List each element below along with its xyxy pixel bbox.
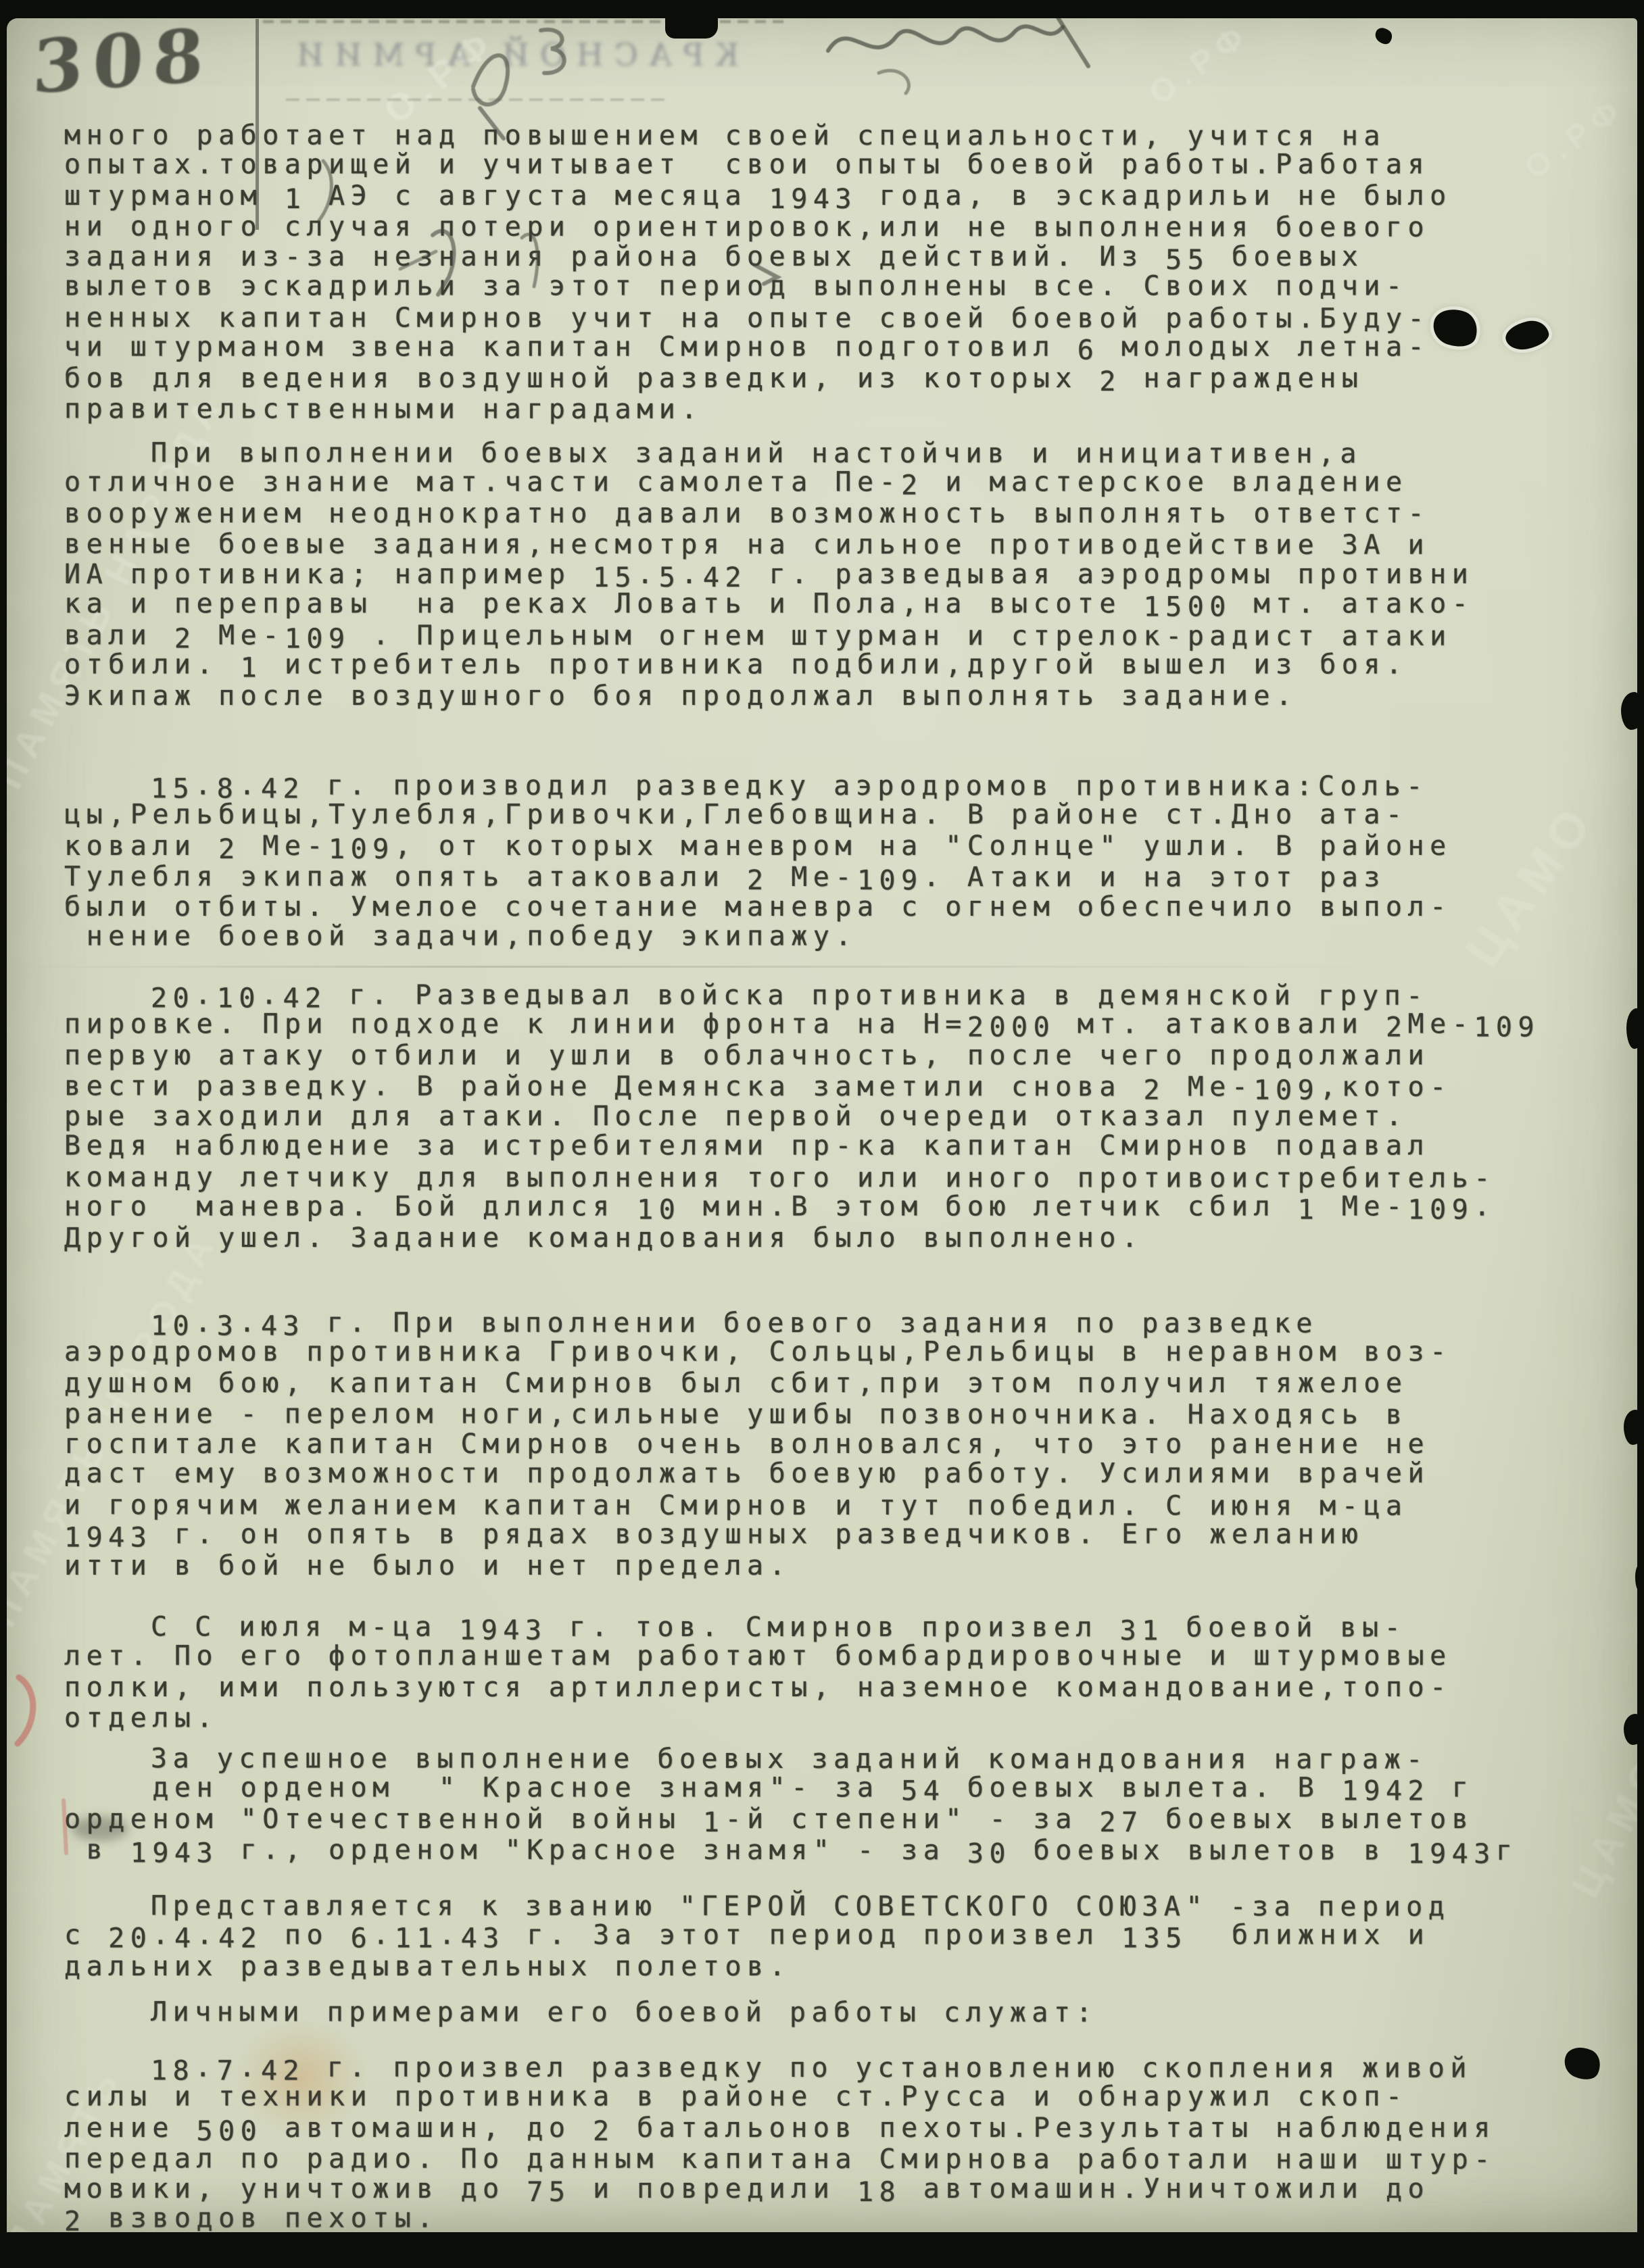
typewritten-line: с 20.4.42 по 6.11.43 г. За этот период п… [64, 1921, 1578, 1951]
typewritten-line: Представляется к званию "ГЕРОЙ СОВЕТСКОГ… [64, 1891, 1578, 1923]
scan-border-bottom [0, 2232, 1644, 2268]
typewritten-line: и горячим желанием капитан Смирнов и тут… [64, 1490, 1578, 1522]
typewritten-line: вести разведку. В районе Демянска замети… [64, 1071, 1578, 1103]
typewritten-line: вали 2 Ме-109 . Прицельным огнем штурман… [64, 620, 1578, 652]
typewritten-line: ИА противника; например 15.5.42 г. разве… [64, 560, 1578, 590]
typewritten-line: мовики, уничтожив до 75 и повредили 18 а… [64, 2174, 1578, 2204]
typewritten-line: штурманом 1 АЭ с августа месяца 1943 год… [64, 181, 1578, 212]
typewritten-line: душном бою, капитан Смирнов был сбит,при… [64, 1369, 1578, 1399]
typewritten-line: отделы. [64, 1703, 1578, 1735]
typewritten-line: Личными примерами его боевой работы служ… [64, 1997, 1578, 2029]
typewritten-line: При выполнении боевых заданий настойчив … [64, 438, 1578, 470]
typewritten-line: передал по радио. По данным капитана Сми… [64, 2144, 1578, 2175]
typewritten-line: ранение - перелом ноги,сильные ушибы поз… [64, 1399, 1578, 1431]
typewritten-line: ка и переправы на реках Ловать и Пола,на… [64, 589, 1578, 620]
typewritten-line: отбили. 1 истребитель противника подбили… [64, 650, 1578, 681]
paragraph: Представляется к званию "ГЕРОЙ СОВЕТСКОГ… [64, 1891, 1578, 1982]
paragraph: Личными примерами его боевой работы служ… [64, 1997, 1578, 2027]
typewritten-line: ного маневра. Бой длился 10 мин.В этом б… [64, 1192, 1578, 1223]
typewritten-line: полки, ими пользуются артиллеристы, назе… [64, 1673, 1578, 1703]
typewritten-line: ление 500 автомашин, до 2 батальонов пех… [64, 2113, 1578, 2144]
typewritten-line: нение боевой задачи,победу экипажу. [64, 922, 1578, 952]
typewritten-line: итти в бой не было и нет предела. [64, 1551, 1578, 1581]
typewritten-line: рые заходили для атаки. После первой оче… [64, 1102, 1578, 1132]
typewritten-line: 2 взводов пехоты. [64, 2204, 1578, 2234]
scan-border-notch [665, 18, 718, 39]
typewritten-line: опытах.товарищей и учитывает свои опыты … [64, 150, 1578, 180]
typewritten-line: Другой ушел. Задание командования было в… [64, 1223, 1578, 1254]
typewritten-line: цы,Рельбицы,Тулебля,Гривочки,Глебовщина.… [64, 800, 1578, 831]
typewritten-line: венные боевые задания,несмотря на сильно… [64, 529, 1578, 561]
typewritten-line: Тулебля экипаж опять атаковали 2 Ме-109.… [64, 862, 1578, 893]
typewritten-line: 15.8.42 г. производил разведку аэродромо… [64, 770, 1578, 802]
typewritten-line: Ведя наблюдение за истребителями пр-ка к… [64, 1131, 1578, 1162]
archive-watermark: О.РФ [1142, 14, 1258, 112]
paragraph: При выполнении боевых заданий настойчив … [64, 438, 1578, 712]
typewritten-line: дальних разведывательных полетов. [64, 1952, 1578, 1982]
stamp-rule [286, 99, 664, 101]
typewritten-text: много работает над повышением своей спец… [64, 120, 1578, 2235]
typewritten-line: 18.7.42 г. произвел разведку по установл… [64, 2052, 1578, 2084]
typewritten-line: правительственными наградами. [64, 394, 1578, 426]
scan-border-left [0, 0, 7, 2268]
typewritten-line: отличное знание мат.части самолета Пе-2 … [64, 468, 1578, 498]
typewritten-line: За успешное выполнение боевых заданий ко… [64, 1744, 1578, 1775]
scan-border-right [1637, 0, 1644, 2268]
typewritten-line: вооружением неоднократно давали возможно… [64, 499, 1578, 529]
typewritten-line: бов для ведения воздушной разведки, из к… [64, 364, 1578, 394]
typewritten-line: пировке. При подходе к линии фронта на Н… [64, 1010, 1578, 1040]
paragraph: С С июля м-ца 1943 г. тов. Смирнов произ… [64, 1612, 1578, 1733]
mirrored-stamp-text: КРАСНОЙ АРМИИ [286, 36, 739, 73]
page-number-stamp: 308 [31, 12, 214, 110]
typewritten-line: задания из-за незнания района боевых дей… [64, 242, 1578, 272]
paragraph: За успешное выполнение боевых заданий ко… [64, 1744, 1578, 1865]
typewritten-line: ненных капитан Смирнов учит на опыте сво… [64, 303, 1578, 335]
typewritten-line: ден орденом " Красное знамя"- за 54 боев… [64, 1773, 1578, 1804]
typewritten-line: вылетов эскадрильи за этот период выполн… [64, 272, 1578, 302]
paragraph: 10.3.43 г. При выполнении боевого задани… [64, 1308, 1578, 1581]
typewritten-line: силы и техники противника в районе ст.Ру… [64, 2082, 1578, 2113]
paragraph: много работает над повышением своей спец… [64, 120, 1578, 424]
typewritten-line: аэродромов противника Гривочки, Сольцы,Р… [64, 1337, 1578, 1368]
typewritten-line: госпитале капитан Смирнов очень волновал… [64, 1429, 1578, 1460]
typewritten-line: 1943 г. он опять в рядах воздушных разве… [64, 1520, 1578, 1550]
typewritten-line: даст ему возможности продолжать боевую р… [64, 1459, 1578, 1489]
typewritten-line: чи штурманом звена капитан Смирнов подго… [64, 332, 1578, 363]
typewritten-line: команду летчику для выполнения того или … [64, 1162, 1578, 1194]
typewritten-line: ковали 2 Ме-109, от которых маневром на … [64, 831, 1578, 862]
typewritten-line: ни одного случая потери ориентировок,или… [64, 212, 1578, 243]
typewritten-line: лет. По его фотопланшетам работают бомба… [64, 1642, 1578, 1672]
scan-border-top [0, 0, 1644, 18]
paragraph: 20.10.42 г. Разведывал войска противника… [64, 980, 1578, 1254]
typewritten-line: были отбиты. Умелое сочетание маневра с … [64, 892, 1578, 922]
typewritten-line: в 1943 г., орденом "Красное знамя" - за … [64, 1835, 1578, 1867]
typewritten-line: первую атаку отбили и ушли в облачность,… [64, 1041, 1578, 1071]
typewritten-line: Экипаж после воздушного боя продолжал вы… [64, 681, 1578, 712]
typewritten-line: много работает над повышением своей спец… [64, 120, 1578, 152]
typewritten-line: орденом "Отечественной войны 1-й степени… [64, 1804, 1578, 1835]
paragraph: 15.8.42 г. производил разведку аэродромо… [64, 770, 1578, 953]
typewritten-line: 20.10.42 г. Разведывал войска противника… [64, 980, 1578, 1012]
typewritten-line: 10.3.43 г. При выполнении боевого задани… [64, 1308, 1578, 1339]
typewritten-line: С С июля м-ца 1943 г. тов. Смирнов произ… [64, 1612, 1578, 1644]
paragraph: 18.7.42 г. произвел разведку по установл… [64, 2052, 1578, 2235]
